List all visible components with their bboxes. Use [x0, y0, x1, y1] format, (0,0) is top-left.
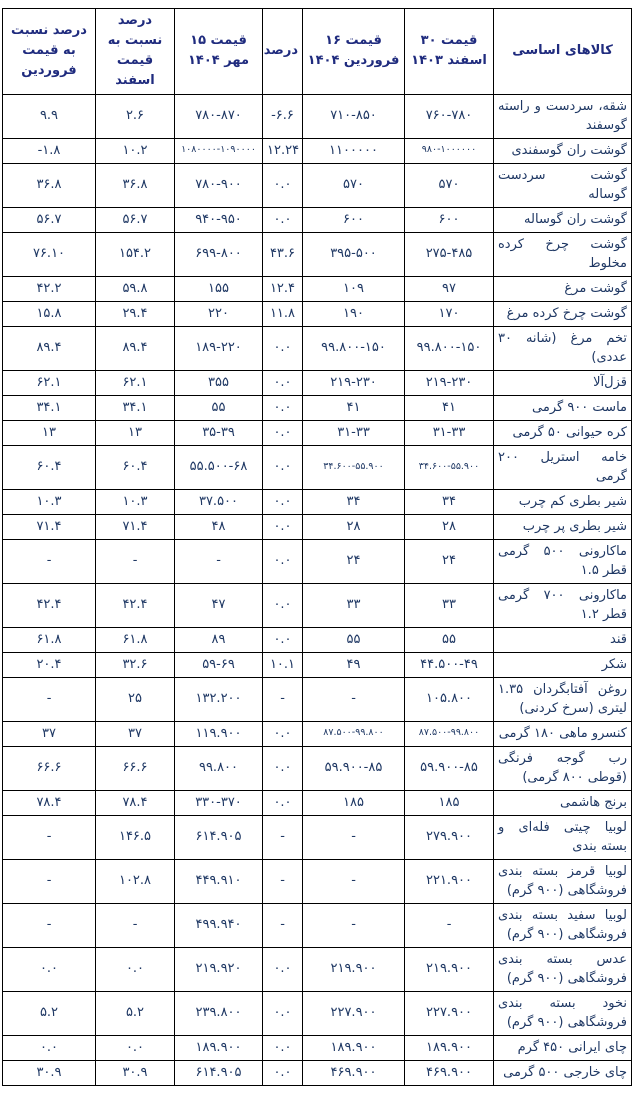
- cell-farvardin: ۲۱۹.۹۰۰: [303, 947, 405, 991]
- cell-pct_vs_esfand: ۱۰۲.۸: [96, 859, 175, 903]
- cell-esfand: ۳۳: [405, 583, 494, 627]
- table-row: رب گوجه فرنگی (قوطی ۸۰۰ گرمی)۵۹.۹۰۰-۸۵۵۹…: [3, 746, 632, 790]
- cell-pct_vs_farvardin: ۶۲.۱: [3, 370, 96, 395]
- cell-esfand: ۹۹.۸۰۰-۱۵۰: [405, 326, 494, 370]
- cell-pct: ۰.۰: [263, 326, 303, 370]
- cell-esfand: ۶۰۰: [405, 207, 494, 232]
- cell-farvardin: ۵۹.۹۰۰-۸۵: [303, 746, 405, 790]
- cell-esfand: ۱۷۰: [405, 301, 494, 326]
- cell-farvardin: ۱۹۰: [303, 301, 405, 326]
- cell-esfand: ۹۷: [405, 276, 494, 301]
- cell-mehr: ۶۹۹-۸۰۰: [175, 232, 263, 276]
- cell-pct_vs_farvardin: ۵۶.۷: [3, 207, 96, 232]
- cell-mehr: ۴۹۹.۹۴۰: [175, 903, 263, 947]
- cell-pct_vs_farvardin: ۳۰.۹: [3, 1060, 96, 1085]
- cell-name: خامه استریل ۲۰۰ گرمی: [494, 445, 632, 489]
- column-header-name: کالاهای اساسی: [494, 9, 632, 95]
- cell-esfand: ۵۵: [405, 627, 494, 652]
- table-row: کنسرو ماهی ۱۸۰ گرمی۸۷.۵۰۰-۹۹.۸۰۰۸۷.۵۰۰-۹…: [3, 721, 632, 746]
- cell-esfand: ۱۸۵: [405, 790, 494, 815]
- table-row: عدس بسته بندی فروشگاهی (۹۰۰ گرم)۲۱۹.۹۰۰۲…: [3, 947, 632, 991]
- cell-pct_vs_farvardin: ۷۱.۴: [3, 514, 96, 539]
- cell-mehr: ۳۵۵: [175, 370, 263, 395]
- cell-esfand: -: [405, 903, 494, 947]
- cell-pct_vs_esfand: ۶۶.۶: [96, 746, 175, 790]
- cell-name: شکر: [494, 652, 632, 677]
- cell-farvardin: ۵۷۰: [303, 163, 405, 207]
- cell-name: لوبیا سفید بسته بندی فروشگاهی (۹۰۰ گرم): [494, 903, 632, 947]
- table-row: گوشت مرغ۹۷۱۰۹۱۲.۴۱۵۵۵۹.۸۴۲.۲: [3, 276, 632, 301]
- cell-farvardin: ۴۶۹.۹۰۰: [303, 1060, 405, 1085]
- cell-mehr: ۵۹-۶۹: [175, 652, 263, 677]
- cell-mehr: ۷۸۰-۸۷۰: [175, 94, 263, 138]
- cell-farvardin: ۳۳: [303, 583, 405, 627]
- table-row: گوشت سردست گوساله۵۷۰۵۷۰۰.۰۷۸۰-۹۰۰۳۶.۸۳۶.…: [3, 163, 632, 207]
- cell-farvardin: ۶۰۰: [303, 207, 405, 232]
- cell-pct_vs_farvardin: ۰.۰: [3, 947, 96, 991]
- table-row: شقه، سردست و راسته گوسفند۷۶۰-۷۸۰۷۱۰-۸۵۰-…: [3, 94, 632, 138]
- cell-farvardin: -: [303, 859, 405, 903]
- table-row: چای خارجی ۵۰۰ گرمی۴۶۹.۹۰۰۴۶۹.۹۰۰۰.۰۶۱۴.۹…: [3, 1060, 632, 1085]
- cell-mehr: ۴۸: [175, 514, 263, 539]
- cell-farvardin: ۲۸: [303, 514, 405, 539]
- cell-farvardin: ۱۰۹: [303, 276, 405, 301]
- cell-pct_vs_farvardin: -: [3, 539, 96, 583]
- cell-esfand: ۲۴: [405, 539, 494, 583]
- cell-pct: ۰.۰: [263, 947, 303, 991]
- cell-farvardin: ۳۹۵-۵۰۰: [303, 232, 405, 276]
- cell-esfand: ۲۱۹-۲۳۰: [405, 370, 494, 395]
- cell-name: چای خارجی ۵۰۰ گرمی: [494, 1060, 632, 1085]
- cell-pct_vs_farvardin: ۷۶.۱۰: [3, 232, 96, 276]
- cell-farvardin: ۱۱۰۰۰۰۰: [303, 138, 405, 163]
- cell-esfand: ۲۲۱.۹۰۰: [405, 859, 494, 903]
- cell-pct: ۰.۰: [263, 627, 303, 652]
- header-row: کالاهای اساسیقیمت ۳۰ اسفند ۱۴۰۳قیمت ۱۶ ف…: [3, 9, 632, 95]
- cell-name: نخود بسته بندی فروشگاهی (۹۰۰ گرم): [494, 991, 632, 1035]
- table-row: لوبیا قرمز بسته بندی فروشگاهی (۹۰۰ گرم)۲…: [3, 859, 632, 903]
- cell-esfand: ۲۷۵-۴۸۵: [405, 232, 494, 276]
- cell-mehr: ۴۷: [175, 583, 263, 627]
- cell-pct_vs_esfand: ۵.۲: [96, 991, 175, 1035]
- cell-name: گوشت مرغ: [494, 276, 632, 301]
- cell-pct_vs_farvardin: ۹.۹: [3, 94, 96, 138]
- cell-pct_vs_esfand: ۳۰.۹: [96, 1060, 175, 1085]
- cell-farvardin: -: [303, 815, 405, 859]
- cell-pct_vs_esfand: ۰.۰: [96, 947, 175, 991]
- table-body: شقه، سردست و راسته گوسفند۷۶۰-۷۸۰۷۱۰-۸۵۰-…: [3, 94, 632, 1085]
- cell-pct: ۰.۰: [263, 395, 303, 420]
- table-row: لوبیا سفید بسته بندی فروشگاهی (۹۰۰ گرم)-…: [3, 903, 632, 947]
- cell-pct_vs_esfand: ۷۸.۴: [96, 790, 175, 815]
- cell-farvardin: ۹۹.۸۰۰-۱۵۰: [303, 326, 405, 370]
- cell-pct_vs_farvardin: ۶۰.۴: [3, 445, 96, 489]
- cell-pct: ۰.۰: [263, 163, 303, 207]
- cell-pct_vs_farvardin: ۵.۲: [3, 991, 96, 1035]
- cell-pct: ۰.۰: [263, 489, 303, 514]
- cell-mehr: ۲۲۰: [175, 301, 263, 326]
- cell-pct: ۱۲.۴: [263, 276, 303, 301]
- cell-name: کنسرو ماهی ۱۸۰ گرمی: [494, 721, 632, 746]
- cell-esfand: ۴۴.۵۰۰-۴۹: [405, 652, 494, 677]
- cell-esfand: ۱۰۵.۸۰۰: [405, 677, 494, 721]
- cell-pct: ۰.۰: [263, 1035, 303, 1060]
- cell-pct_vs_esfand: ۲.۶: [96, 94, 175, 138]
- cell-pct: ۰.۰: [263, 583, 303, 627]
- cell-pct_vs_esfand: ۵۹.۸: [96, 276, 175, 301]
- page: کالاهای اساسیقیمت ۳۰ اسفند ۱۴۰۳قیمت ۱۶ ف…: [0, 0, 635, 1095]
- cell-esfand: ۹۸۰-۱۰۰۰۰۰۰: [405, 138, 494, 163]
- cell-pct: -: [263, 903, 303, 947]
- cell-name: شیر بطری کم چرب: [494, 489, 632, 514]
- cell-esfand: ۳۱-۳۳: [405, 420, 494, 445]
- cell-pct_vs_farvardin: ۸۹.۴: [3, 326, 96, 370]
- cell-esfand: ۸۷.۵۰۰-۹۹.۸۰۰: [405, 721, 494, 746]
- table-row: نخود بسته بندی فروشگاهی (۹۰۰ گرم)۲۲۷.۹۰۰…: [3, 991, 632, 1035]
- table-row: شیر بطری کم چرب۳۴۳۴۰.۰۳۷.۵۰۰۱۰.۳۱۰.۳: [3, 489, 632, 514]
- cell-mehr: ۱۰۸۰۰۰۰-۱۰۹۰۰۰۰: [175, 138, 263, 163]
- cell-mehr: ۹۹.۸۰۰: [175, 746, 263, 790]
- cell-pct_vs_esfand: ۱۰.۲: [96, 138, 175, 163]
- essential-goods-price-table: کالاهای اساسیقیمت ۳۰ اسفند ۱۴۰۳قیمت ۱۶ ف…: [2, 8, 632, 1086]
- cell-name: عدس بسته بندی فروشگاهی (۹۰۰ گرم): [494, 947, 632, 991]
- cell-pct_vs_farvardin: ۱۳: [3, 420, 96, 445]
- cell-esfand: ۲۲۷.۹۰۰: [405, 991, 494, 1035]
- cell-name: شقه، سردست و راسته گوسفند: [494, 94, 632, 138]
- cell-name: برنج هاشمی: [494, 790, 632, 815]
- cell-pct: ۰.۰: [263, 420, 303, 445]
- cell-pct_vs_farvardin: ۴۲.۴: [3, 583, 96, 627]
- cell-pct_vs_esfand: ۱۵۴.۲: [96, 232, 175, 276]
- cell-name: رب گوجه فرنگی (قوطی ۸۰۰ گرمی): [494, 746, 632, 790]
- cell-esfand: ۵۷۰: [405, 163, 494, 207]
- cell-farvardin: ۳۴.۶۰۰-۵۵.۹۰۰: [303, 445, 405, 489]
- cell-pct_vs_esfand: ۲۹.۴: [96, 301, 175, 326]
- cell-farvardin: ۱۸۵: [303, 790, 405, 815]
- cell-mehr: ۱۸۹.۹۰۰: [175, 1035, 263, 1060]
- cell-pct_vs_farvardin: ۳۷: [3, 721, 96, 746]
- table-row: چای ایرانی ۴۵۰ گرم۱۸۹.۹۰۰۱۸۹.۹۰۰۰.۰۱۸۹.۹…: [3, 1035, 632, 1060]
- column-header-esfand: قیمت ۳۰ اسفند ۱۴۰۳: [405, 9, 494, 95]
- cell-name: کره حیوانی ۵۰ گرمی: [494, 420, 632, 445]
- cell-pct_vs_esfand: ۳۷: [96, 721, 175, 746]
- cell-pct_vs_esfand: ۶۰.۴: [96, 445, 175, 489]
- cell-pct: ۰.۰: [263, 539, 303, 583]
- cell-pct: -۶.۶: [263, 94, 303, 138]
- cell-mehr: ۶۱۴.۹۰۵: [175, 815, 263, 859]
- table-row: شیر بطری پر چرب۲۸۲۸۰.۰۴۸۷۱.۴۷۱.۴: [3, 514, 632, 539]
- table-row: تخم مرغ (شانه ۳۰ عددی)۹۹.۸۰۰-۱۵۰۹۹.۸۰۰-۱…: [3, 326, 632, 370]
- cell-mehr: ۱۸۹-۲۲۰: [175, 326, 263, 370]
- column-header-farvardin: قیمت ۱۶ فروردین ۱۴۰۴: [303, 9, 405, 95]
- cell-pct_vs_farvardin: ۳۶.۸: [3, 163, 96, 207]
- cell-farvardin: ۵۵: [303, 627, 405, 652]
- cell-pct: ۰.۰: [263, 207, 303, 232]
- cell-farvardin: ۴۱: [303, 395, 405, 420]
- cell-pct_vs_esfand: ۱۴۶.۵: [96, 815, 175, 859]
- table-row: ماست ۹۰۰ گرمی۴۱۴۱۰.۰۵۵۳۴.۱۳۴.۱: [3, 395, 632, 420]
- cell-name: گوشت سردست گوساله: [494, 163, 632, 207]
- cell-pct: -: [263, 815, 303, 859]
- table-row: لوبیا چیتی فله‌ای و بسته بندی۲۷۹.۹۰۰--۶۱…: [3, 815, 632, 859]
- column-header-pct_vs_esfand: درصد نسبت به قیمت اسفند: [96, 9, 175, 95]
- table-row: گوشت ران گوساله۶۰۰۶۰۰۰.۰۹۴۰-۹۵۰۵۶.۷۵۶.۷: [3, 207, 632, 232]
- cell-pct: ۰.۰: [263, 370, 303, 395]
- cell-pct_vs_esfand: ۷۱.۴: [96, 514, 175, 539]
- cell-farvardin: -: [303, 903, 405, 947]
- table-row: ماکارونی ۷۰۰ گرمی قطر ۱.۲۳۳۳۳۰.۰۴۷۴۲.۴۴۲…: [3, 583, 632, 627]
- table-row: ماکارونی ۵۰۰ گرمی قطر ۱.۵۲۴۲۴۰.۰---: [3, 539, 632, 583]
- cell-mehr: ۲۱۹.۹۲۰: [175, 947, 263, 991]
- cell-pct_vs_esfand: ۱۰.۳: [96, 489, 175, 514]
- column-header-mehr: قیمت ۱۵ مهر ۱۴۰۴: [175, 9, 263, 95]
- cell-name: شیر بطری پر چرب: [494, 514, 632, 539]
- table-row: روغن آفتابگردان ۱.۳۵ لیتری (سرخ کردنی)۱۰…: [3, 677, 632, 721]
- cell-esfand: ۲۷۹.۹۰۰: [405, 815, 494, 859]
- cell-pct: ۰.۰: [263, 445, 303, 489]
- column-header-pct_vs_farvardin: درصد نسبت به قیمت فروردین: [3, 9, 96, 95]
- cell-farvardin: ۱۸۹.۹۰۰: [303, 1035, 405, 1060]
- cell-pct_vs_esfand: ۰.۰: [96, 1035, 175, 1060]
- cell-esfand: ۴۱: [405, 395, 494, 420]
- table-row: خامه استریل ۲۰۰ گرمی۳۴.۶۰۰-۵۵.۹۰۰۳۴.۶۰۰-…: [3, 445, 632, 489]
- table-row: قند۵۵۵۵۰.۰۸۹۶۱.۸۶۱.۸: [3, 627, 632, 652]
- cell-mehr: ۱۳۲.۲۰۰: [175, 677, 263, 721]
- cell-name: لوبیا قرمز بسته بندی فروشگاهی (۹۰۰ گرم): [494, 859, 632, 903]
- cell-name: تخم مرغ (شانه ۳۰ عددی): [494, 326, 632, 370]
- cell-esfand: ۷۶۰-۷۸۰: [405, 94, 494, 138]
- cell-name: چای ایرانی ۴۵۰ گرم: [494, 1035, 632, 1060]
- column-header-pct: درصد: [263, 9, 303, 95]
- cell-pct_vs_esfand: -: [96, 903, 175, 947]
- cell-pct_vs_farvardin: ۷۸.۴: [3, 790, 96, 815]
- cell-pct_vs_esfand: ۳۴.۱: [96, 395, 175, 420]
- cell-pct: ۰.۰: [263, 991, 303, 1035]
- cell-pct_vs_farvardin: -: [3, 903, 96, 947]
- cell-pct_vs_esfand: ۲۵: [96, 677, 175, 721]
- cell-farvardin: -: [303, 677, 405, 721]
- cell-pct_vs_farvardin: ۱۵.۸: [3, 301, 96, 326]
- cell-pct: ۴۳.۶: [263, 232, 303, 276]
- cell-name: قند: [494, 627, 632, 652]
- cell-name: ماکارونی ۷۰۰ گرمی قطر ۱.۲: [494, 583, 632, 627]
- cell-pct_vs_esfand: ۶۱.۸: [96, 627, 175, 652]
- cell-farvardin: ۲۴: [303, 539, 405, 583]
- cell-pct_vs_esfand: ۱۳: [96, 420, 175, 445]
- cell-pct: ۱۱.۸: [263, 301, 303, 326]
- cell-mehr: ۹۴۰-۹۵۰: [175, 207, 263, 232]
- cell-mehr: -: [175, 539, 263, 583]
- cell-pct_vs_esfand: ۶۲.۱: [96, 370, 175, 395]
- cell-pct_vs_farvardin: ۳۴.۱: [3, 395, 96, 420]
- table-row: قزل‌آلا۲۱۹-۲۳۰۲۱۹-۲۳۰۰.۰۳۵۵۶۲.۱۶۲.۱: [3, 370, 632, 395]
- cell-name: روغن آفتابگردان ۱.۳۵ لیتری (سرخ کردنی): [494, 677, 632, 721]
- cell-mehr: ۸۹: [175, 627, 263, 652]
- cell-name: گوشت ران گوسفندی: [494, 138, 632, 163]
- cell-pct_vs_esfand: ۳۲.۶: [96, 652, 175, 677]
- cell-pct: ۰.۰: [263, 721, 303, 746]
- cell-mehr: ۵۵: [175, 395, 263, 420]
- cell-pct_vs_esfand: ۵۶.۷: [96, 207, 175, 232]
- cell-pct: ۱۲.۲۴: [263, 138, 303, 163]
- cell-pct: -: [263, 677, 303, 721]
- cell-pct_vs_esfand: ۳۶.۸: [96, 163, 175, 207]
- cell-mehr: ۷۸۰-۹۰۰: [175, 163, 263, 207]
- table-row: گوشت چرخ کرده مرغ۱۷۰۱۹۰۱۱.۸۲۲۰۲۹.۴۱۵.۸: [3, 301, 632, 326]
- cell-esfand: ۳۴.۶۰۰-۵۵.۹۰۰: [405, 445, 494, 489]
- cell-pct_vs_esfand: ۸۹.۴: [96, 326, 175, 370]
- cell-mehr: ۵۵.۵۰۰-۶۸: [175, 445, 263, 489]
- cell-pct: ۰.۰: [263, 1060, 303, 1085]
- table-row: کره حیوانی ۵۰ گرمی۳۱-۳۳۳۱-۳۳۰.۰۳۵-۳۹۱۳۱۳: [3, 420, 632, 445]
- cell-pct_vs_farvardin: ۶۶.۶: [3, 746, 96, 790]
- cell-pct_vs_farvardin: ۶۱.۸: [3, 627, 96, 652]
- cell-esfand: ۵۹.۹۰۰-۸۵: [405, 746, 494, 790]
- cell-mehr: ۶۱۴.۹۰۵: [175, 1060, 263, 1085]
- cell-pct: ۰.۰: [263, 746, 303, 790]
- cell-pct_vs_farvardin: ۰.۰: [3, 1035, 96, 1060]
- cell-esfand: ۱۸۹.۹۰۰: [405, 1035, 494, 1060]
- cell-name: ماکارونی ۵۰۰ گرمی قطر ۱.۵: [494, 539, 632, 583]
- cell-name: لوبیا چیتی فله‌ای و بسته بندی: [494, 815, 632, 859]
- cell-pct_vs_farvardin: -: [3, 815, 96, 859]
- cell-farvardin: ۳۱-۳۳: [303, 420, 405, 445]
- cell-pct: ۰.۰: [263, 790, 303, 815]
- cell-pct_vs_esfand: ۴۲.۴: [96, 583, 175, 627]
- cell-pct_vs_farvardin: ۲۰.۴: [3, 652, 96, 677]
- cell-farvardin: ۷۱۰-۸۵۰: [303, 94, 405, 138]
- cell-name: گوشت چرخ کرده مرغ: [494, 301, 632, 326]
- cell-mehr: ۳۷.۵۰۰: [175, 489, 263, 514]
- cell-farvardin: ۴۹: [303, 652, 405, 677]
- cell-farvardin: ۳۴: [303, 489, 405, 514]
- cell-mehr: ۲۳۹.۸۰۰: [175, 991, 263, 1035]
- cell-farvardin: ۸۷.۵۰۰-۹۹.۸۰۰: [303, 721, 405, 746]
- cell-name: قزل‌آلا: [494, 370, 632, 395]
- cell-pct_vs_farvardin: -۱.۸: [3, 138, 96, 163]
- table-row: گوشت ران گوسفندی۹۸۰-۱۰۰۰۰۰۰۱۱۰۰۰۰۰۱۲.۲۴۱…: [3, 138, 632, 163]
- cell-pct: -: [263, 859, 303, 903]
- cell-mehr: ۳۳۰-۳۷۰: [175, 790, 263, 815]
- cell-pct_vs_farvardin: -: [3, 677, 96, 721]
- cell-name: گوشت چرخ کرده مخلوط: [494, 232, 632, 276]
- cell-esfand: ۴۶۹.۹۰۰: [405, 1060, 494, 1085]
- cell-name: گوشت ران گوساله: [494, 207, 632, 232]
- cell-mehr: ۴۴۹.۹۱۰: [175, 859, 263, 903]
- table-row: گوشت چرخ کرده مخلوط۲۷۵-۴۸۵۳۹۵-۵۰۰۴۳.۶۶۹۹…: [3, 232, 632, 276]
- cell-pct_vs_farvardin: ۱۰.۳: [3, 489, 96, 514]
- cell-mehr: ۱۱۹.۹۰۰: [175, 721, 263, 746]
- cell-pct_vs_farvardin: -: [3, 859, 96, 903]
- cell-pct_vs_farvardin: ۴۲.۲: [3, 276, 96, 301]
- cell-esfand: ۲۱۹.۹۰۰: [405, 947, 494, 991]
- cell-farvardin: ۲۱۹-۲۳۰: [303, 370, 405, 395]
- cell-name: ماست ۹۰۰ گرمی: [494, 395, 632, 420]
- cell-mehr: ۱۵۵: [175, 276, 263, 301]
- table-row: شکر۴۴.۵۰۰-۴۹۴۹۱۰.۱۵۹-۶۹۳۲.۶۲۰.۴: [3, 652, 632, 677]
- cell-pct: ۰.۰: [263, 514, 303, 539]
- cell-esfand: ۳۴: [405, 489, 494, 514]
- table-row: برنج هاشمی۱۸۵۱۸۵۰.۰۳۳۰-۳۷۰۷۸.۴۷۸.۴: [3, 790, 632, 815]
- cell-pct: ۱۰.۱: [263, 652, 303, 677]
- cell-esfand: ۲۸: [405, 514, 494, 539]
- cell-farvardin: ۲۲۷.۹۰۰: [303, 991, 405, 1035]
- cell-mehr: ۳۵-۳۹: [175, 420, 263, 445]
- cell-pct_vs_esfand: -: [96, 539, 175, 583]
